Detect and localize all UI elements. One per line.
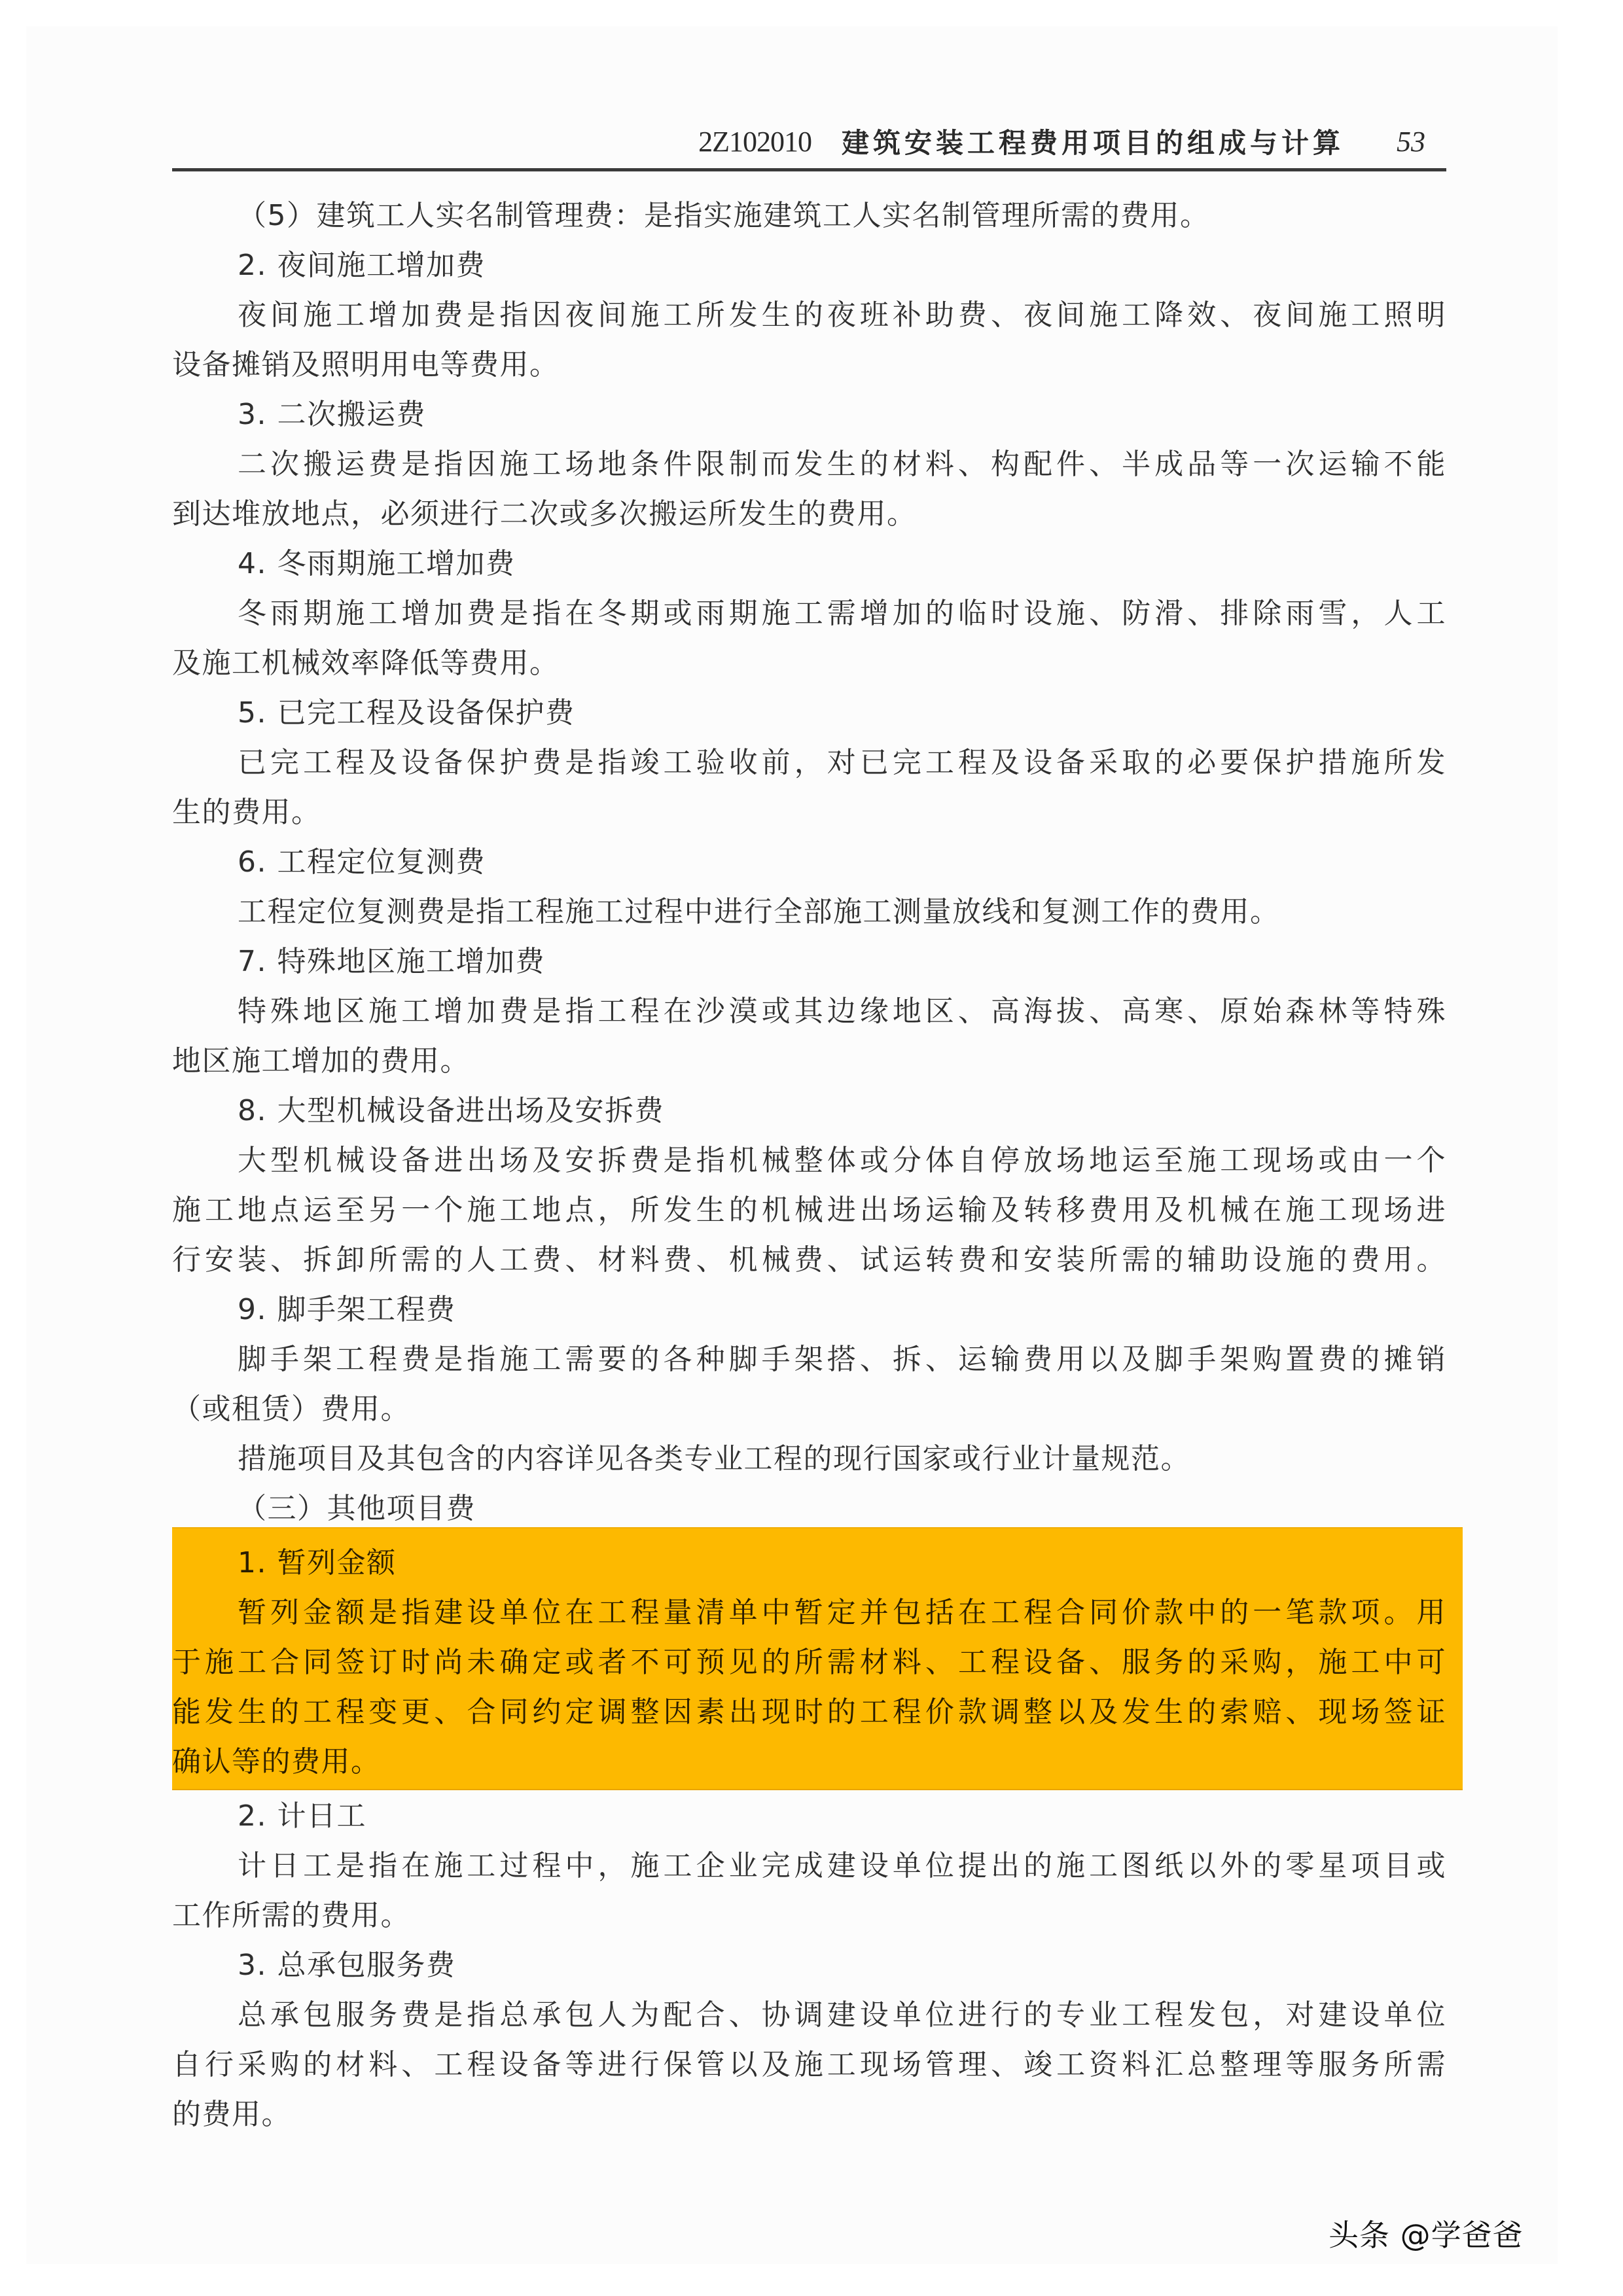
text-line: 能发生的工程变更、合同约定调整因素出现时的工程价款调整以及发生的索赔、现场签证 (172, 1687, 1446, 1737)
section-code: 2Z102010 (698, 125, 811, 158)
text-line: （5）建筑工人实名制管理费：是指实施建筑工人实名制管理所需的费用。 (172, 191, 1446, 241)
text-line: 到达堆放地点，必须进行二次或多次搬运所发生的费用。 (172, 489, 1446, 539)
text-line: 确认等的费用。 (172, 1737, 1446, 1787)
text-line: 1. 暂列金额 (172, 1538, 1446, 1588)
text-line: 特殊地区施工增加费是指工程在沙漠或其边缘地区、高海拔、高寒、原始森林等特殊 (172, 987, 1446, 1036)
text-line: 3. 二次搬运费 (172, 390, 1446, 440)
text-line: 大型机械设备进出场及安拆费是指机械整体或分体自停放场地运至施工现场或由一个 (172, 1136, 1446, 1186)
body-text: （5）建筑工人实名制管理费：是指实施建筑工人实名制管理所需的费用。2. 夜间施工… (172, 191, 1446, 1534)
text-line: 自行采购的材料、工程设备等进行保管以及施工现场管理、竣工资料汇总整理等服务所需 (172, 2040, 1446, 2090)
text-line: 5. 已完工程及设备保护费 (172, 688, 1446, 738)
running-header: 2Z102010 建筑安装工程费用项目的组成与计算 53 (172, 115, 1446, 171)
text-line: 4. 冬雨期施工增加费 (172, 539, 1446, 589)
highlighted-block: 1. 暂列金额暂列金额是指建设单位在工程量清单中暂定并包括在工程合同价款中的一笔… (172, 1528, 1463, 1789)
text-line: 行安装、拆卸所需的人工费、材料费、机械费、试运转费和安装所需的辅助设施的费用。 (172, 1235, 1446, 1285)
text-line: 及施工机械效率降低等费用。 (172, 639, 1446, 688)
text-line: 计日工是指在施工过程中，施工企业完成建设单位提出的施工图纸以外的零星项目或 (172, 1841, 1446, 1891)
text-line: 的费用。 (172, 2090, 1446, 2140)
text-line: 2. 计日工 (172, 1792, 1446, 1841)
page-number: 53 (1397, 125, 1425, 158)
text-line: 脚手架工程费是指施工需要的各种脚手架搭、拆、运输费用以及脚手架购置费的摊销 (172, 1335, 1446, 1385)
text-line: 夜间施工增加费是指因夜间施工所发生的夜班补助费、夜间施工降效、夜间施工照明 (172, 291, 1446, 340)
text-line: 地区施工增加的费用。 (172, 1036, 1446, 1086)
text-line: 冬雨期施工增加费是指在冬期或雨期施工需增加的临时设施、防滑、排除雨雪，人工 (172, 589, 1446, 639)
watermark: 头条 @学爸爸 (1329, 2212, 1524, 2255)
text-line: 施工地点运至另一个施工地点，所发生的机械进出场运输及转移费用及机械在施工现场进 (172, 1186, 1446, 1235)
text-line: 设备摊销及照明用电等费用。 (172, 340, 1446, 390)
text-line: （三）其他项目费 (172, 1484, 1446, 1534)
text-line: 二次搬运费是指因施工场地条件限制而发生的材料、构配件、半成品等一次运输不能 (172, 440, 1446, 489)
text-line: 9. 脚手架工程费 (172, 1285, 1446, 1335)
body-text-continued: 2. 计日工计日工是指在施工过程中，施工企业完成建设单位提出的施工图纸以外的零星… (172, 1792, 1446, 2140)
text-line: 7. 特殊地区施工增加费 (172, 937, 1446, 987)
text-line: 于施工合同签订时尚未确定或者不可预见的所需材料、工程设备、服务的采购，施工中可 (172, 1638, 1446, 1687)
text-line: 3. 总承包服务费 (172, 1941, 1446, 1990)
text-line: 工程定位复测费是指工程施工过程中进行全部施工测量放线和复测工作的费用。 (172, 887, 1446, 937)
text-line: 暂列金额是指建设单位在工程量清单中暂定并包括在工程合同价款中的一笔款项。用 (172, 1588, 1446, 1638)
section-title: 建筑安装工程费用项目的组成与计算 (842, 122, 1344, 161)
text-line: 生的费用。 (172, 788, 1446, 838)
text-line: 总承包服务费是指总承包人为配合、协调建设单位进行的专业工程发包，对建设单位 (172, 1990, 1446, 2040)
text-line: 8. 大型机械设备进出场及安拆费 (172, 1086, 1446, 1136)
text-line: 工作所需的费用。 (172, 1891, 1446, 1941)
text-line: （或租赁）费用。 (172, 1385, 1446, 1434)
text-line: 6. 工程定位复测费 (172, 838, 1446, 887)
text-line: 措施项目及其包含的内容详见各类专业工程的现行国家或行业计量规范。 (172, 1434, 1446, 1484)
text-line: 已完工程及设备保护费是指竣工验收前，对已完工程及设备采取的必要保护措施所发 (172, 738, 1446, 788)
text-line: 2. 夜间施工增加费 (172, 241, 1446, 291)
highlighted-text: 1. 暂列金额暂列金额是指建设单位在工程量清单中暂定并包括在工程合同价款中的一笔… (172, 1538, 1446, 1787)
